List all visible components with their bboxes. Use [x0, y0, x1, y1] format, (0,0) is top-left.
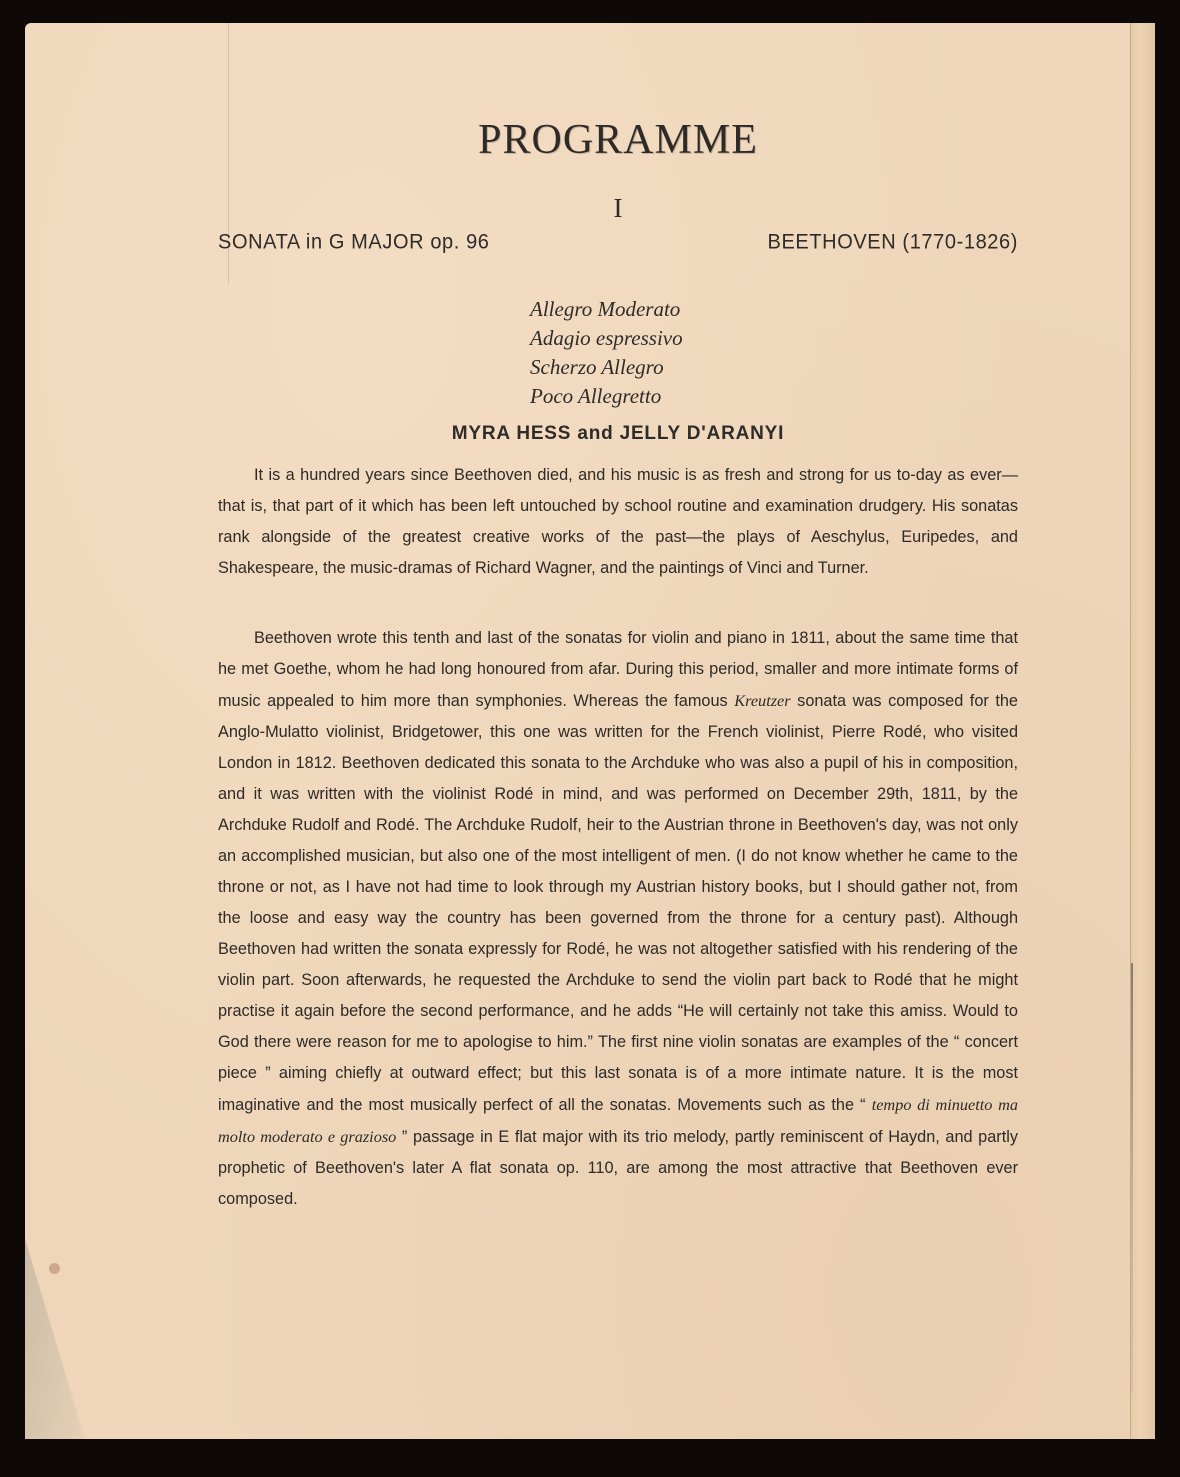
paper-stain: [49, 1263, 60, 1274]
movement-item: Adagio espressivo: [530, 324, 683, 353]
programme-note-paragraph-2: Beethoven wrote this tenth and last of t…: [218, 623, 1018, 1215]
italic-kreutzer: Kreutzer: [734, 691, 790, 710]
binding-spine: [1130, 23, 1155, 1439]
movement-item: Poco Allegretto: [530, 382, 683, 411]
spine-pencil-mark: [1131, 963, 1133, 1393]
movement-item: Allegro Moderato: [530, 295, 683, 324]
paragraph-text: Beethoven wrote this tenth and last of t…: [218, 623, 1018, 1215]
movement-item: Scherzo Allegro: [530, 353, 683, 382]
movement-list: Allegro Moderato Adagio espressivo Scher…: [530, 295, 683, 411]
composer-name: BEETHOVEN (1770-1826): [768, 230, 1018, 254]
programme-page: PROGRAMME I SONATA in G MAJOR op. 96 BEE…: [25, 23, 1155, 1439]
work-heading: SONATA in G MAJOR op. 96 BEETHOVEN (1770…: [218, 230, 1018, 254]
paragraph-text: It is a hundred years since Beethoven di…: [218, 460, 1018, 584]
page-title: PROGRAMME: [218, 116, 1018, 164]
performers: MYRA HESS and JELLY D'ARANYI: [218, 423, 1018, 445]
section-number: I: [218, 193, 1018, 224]
text-run: sonata was composed for the Anglo-Mulatt…: [218, 692, 1018, 1114]
work-title: SONATA in G MAJOR op. 96: [218, 230, 490, 254]
programme-note-paragraph-1: It is a hundred years since Beethoven di…: [218, 460, 1018, 584]
